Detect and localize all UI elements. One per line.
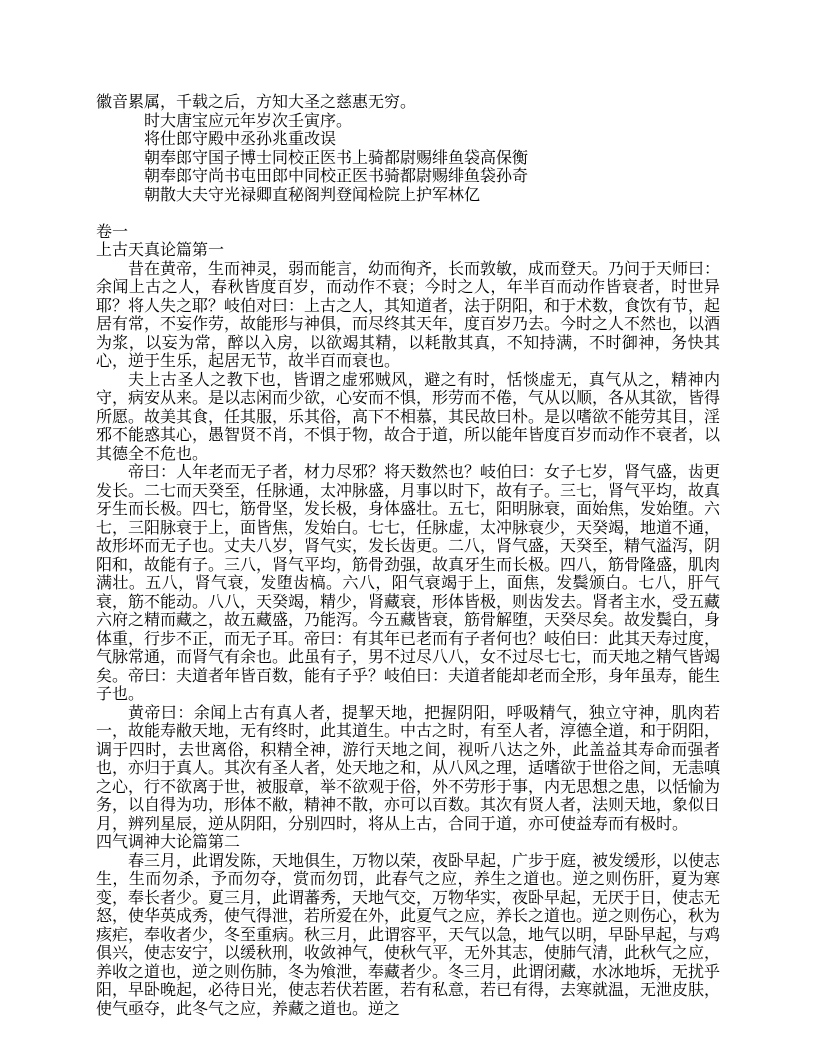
section-title: 上古天真论篇第一 xyxy=(96,242,720,261)
front-matter-line: 朝奉郎守尚书屯田郎中同校正医书骑都尉赐绯鱼袋孙奇 xyxy=(96,168,720,187)
document-page: 徽音累属，千载之后，方知大圣之慈惠无穷。时大唐宝应元年岁次壬寅序。将仕郎守殿中丞… xyxy=(0,0,816,1056)
front-matter: 徽音累属，千载之后，方知大圣之慈惠无穷。时大唐宝应元年岁次壬寅序。将仕郎守殿中丞… xyxy=(96,94,720,205)
paragraph: 昔在黄帝，生而神灵，弱而能言，幼而徇齐，长而敦敏，成而登天。乃问于天师曰：余闻上… xyxy=(96,261,720,372)
front-matter-line: 时大唐宝应元年岁次壬寅序。 xyxy=(96,113,720,132)
paragraph: 黄帝曰：余闻上古有真人者，提挈天地，把握阴阳，呼吸精气，独立守神，肌肉若一，故能… xyxy=(96,705,720,835)
paragraph: 夫上古圣人之教下也，皆谓之虚邪贼风，避之有时，恬惔虚无，真气从之，精神内守，病安… xyxy=(96,372,720,465)
document-body: 上古天真论篇第一昔在黄帝，生而神灵，弱而能言，幼而徇齐，长而敦敏，成而登天。乃问… xyxy=(96,242,720,1019)
volume-title: 卷一 xyxy=(96,224,720,243)
front-matter-line: 将仕郎守殿中丞孙兆重改误 xyxy=(96,131,720,150)
paragraph: 春三月，此谓发陈，天地俱生，万物以荣，夜卧早起，广步于庭，被发缓形，以使志生，生… xyxy=(96,853,720,1020)
section-title: 四气调神大论篇第二 xyxy=(96,834,720,853)
front-matter-line: 朝奉郎守国子博士同校正医书上骑都尉赐绯鱼袋高保衡 xyxy=(96,150,720,169)
front-matter-line: 朝散大夫守光禄卿直秘阁判登闻检院上护军林亿 xyxy=(96,187,720,206)
front-matter-line: 徽音累属，千载之后，方知大圣之慈惠无穷。 xyxy=(96,94,720,113)
paragraph: 帝曰：人年老而无子者，材力尽邪？将天数然也？岐伯曰：女子七岁，肾气盛，齿更发长。… xyxy=(96,464,720,705)
